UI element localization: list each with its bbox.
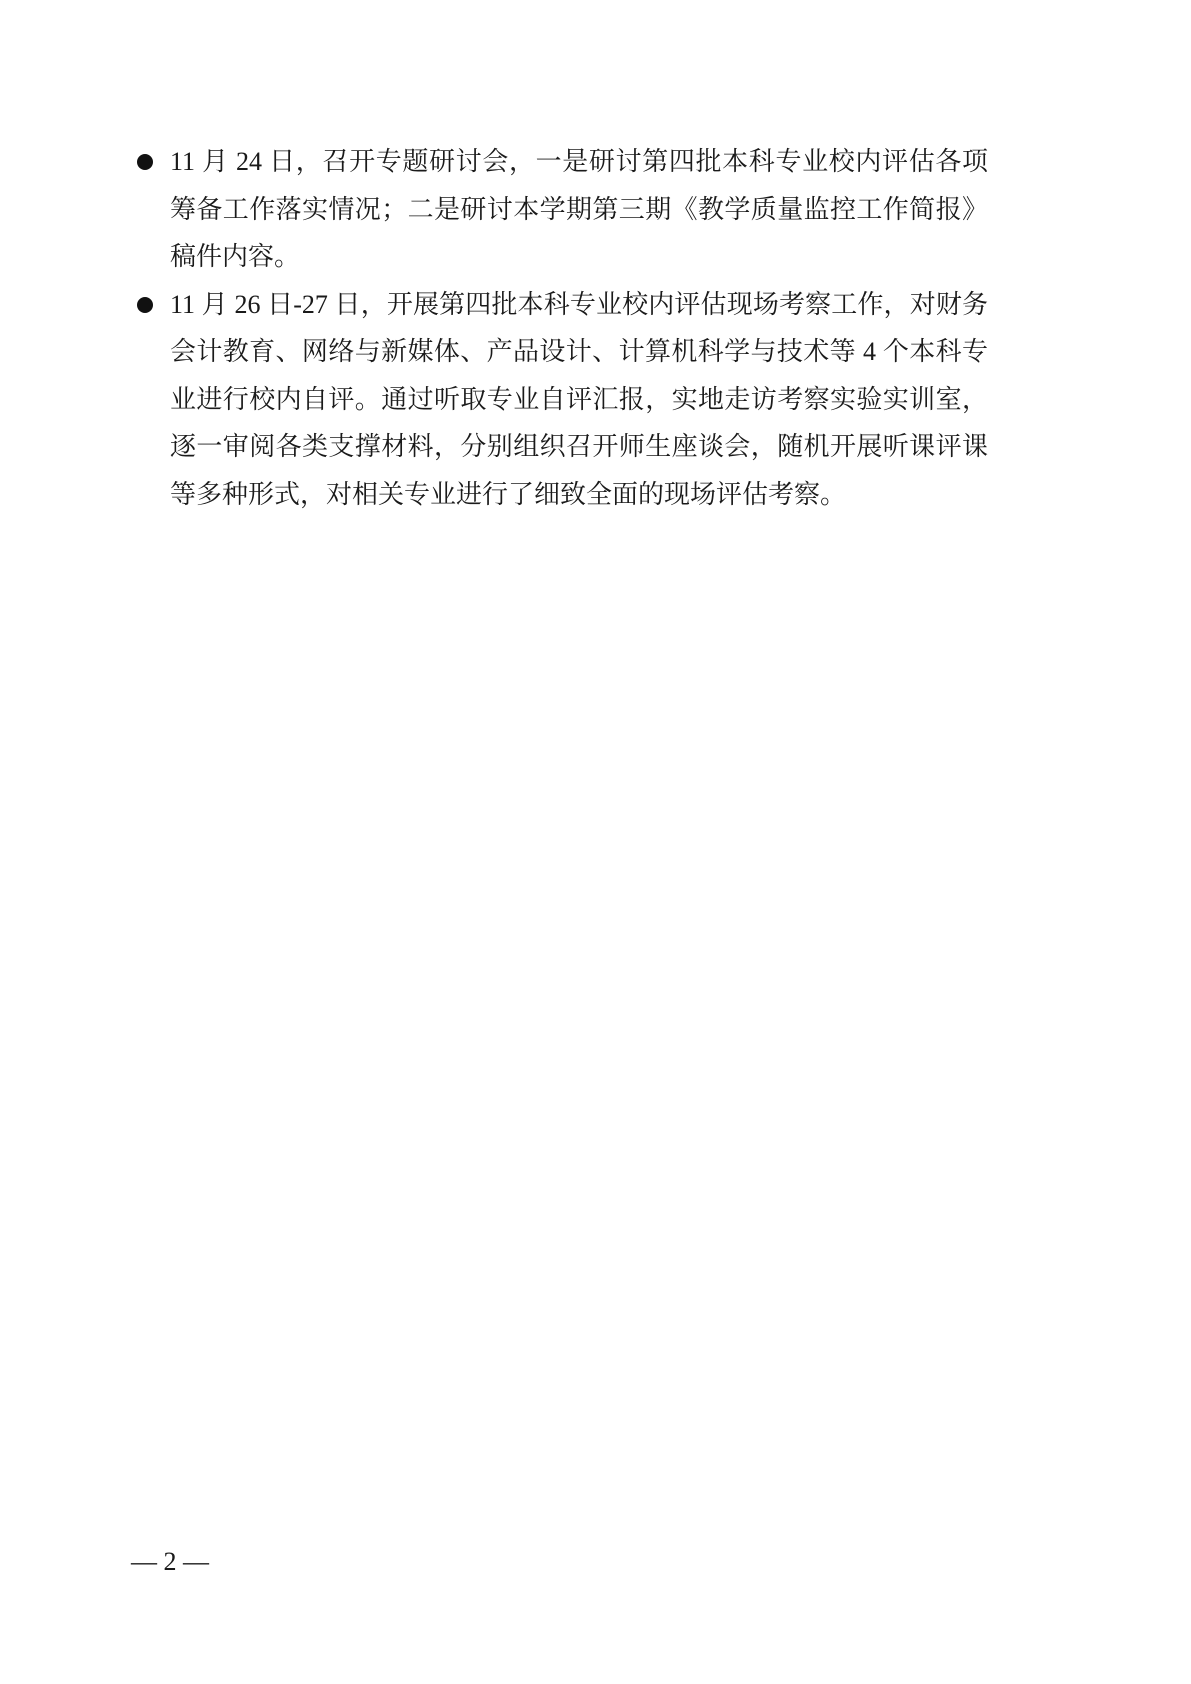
list-item: 11 月 26 日-27 日，开展第四批本科专业校内评估现场考察工作，对财务会计…	[137, 281, 988, 519]
document-page: 11 月 24 日，召开专题研讨会，一是研讨第四批本科专业校内评估各项筹备工作落…	[0, 0, 1191, 1684]
list-item: 11 月 24 日，召开专题研讨会，一是研讨第四批本科专业校内评估各项筹备工作落…	[137, 138, 988, 281]
page-number: — 2 —	[131, 1546, 209, 1578]
bullet-dot-icon	[137, 154, 153, 170]
bullet-list: 11 月 24 日，召开专题研讨会，一是研讨第四批本科专业校内评估各项筹备工作落…	[137, 138, 988, 518]
bullet-dot-icon	[137, 297, 153, 313]
bullet-paragraph: 11 月 24 日，召开专题研讨会，一是研讨第四批本科专业校内评估各项筹备工作落…	[170, 138, 988, 281]
bullet-paragraph: 11 月 26 日-27 日，开展第四批本科专业校内评估现场考察工作，对财务会计…	[170, 281, 988, 519]
